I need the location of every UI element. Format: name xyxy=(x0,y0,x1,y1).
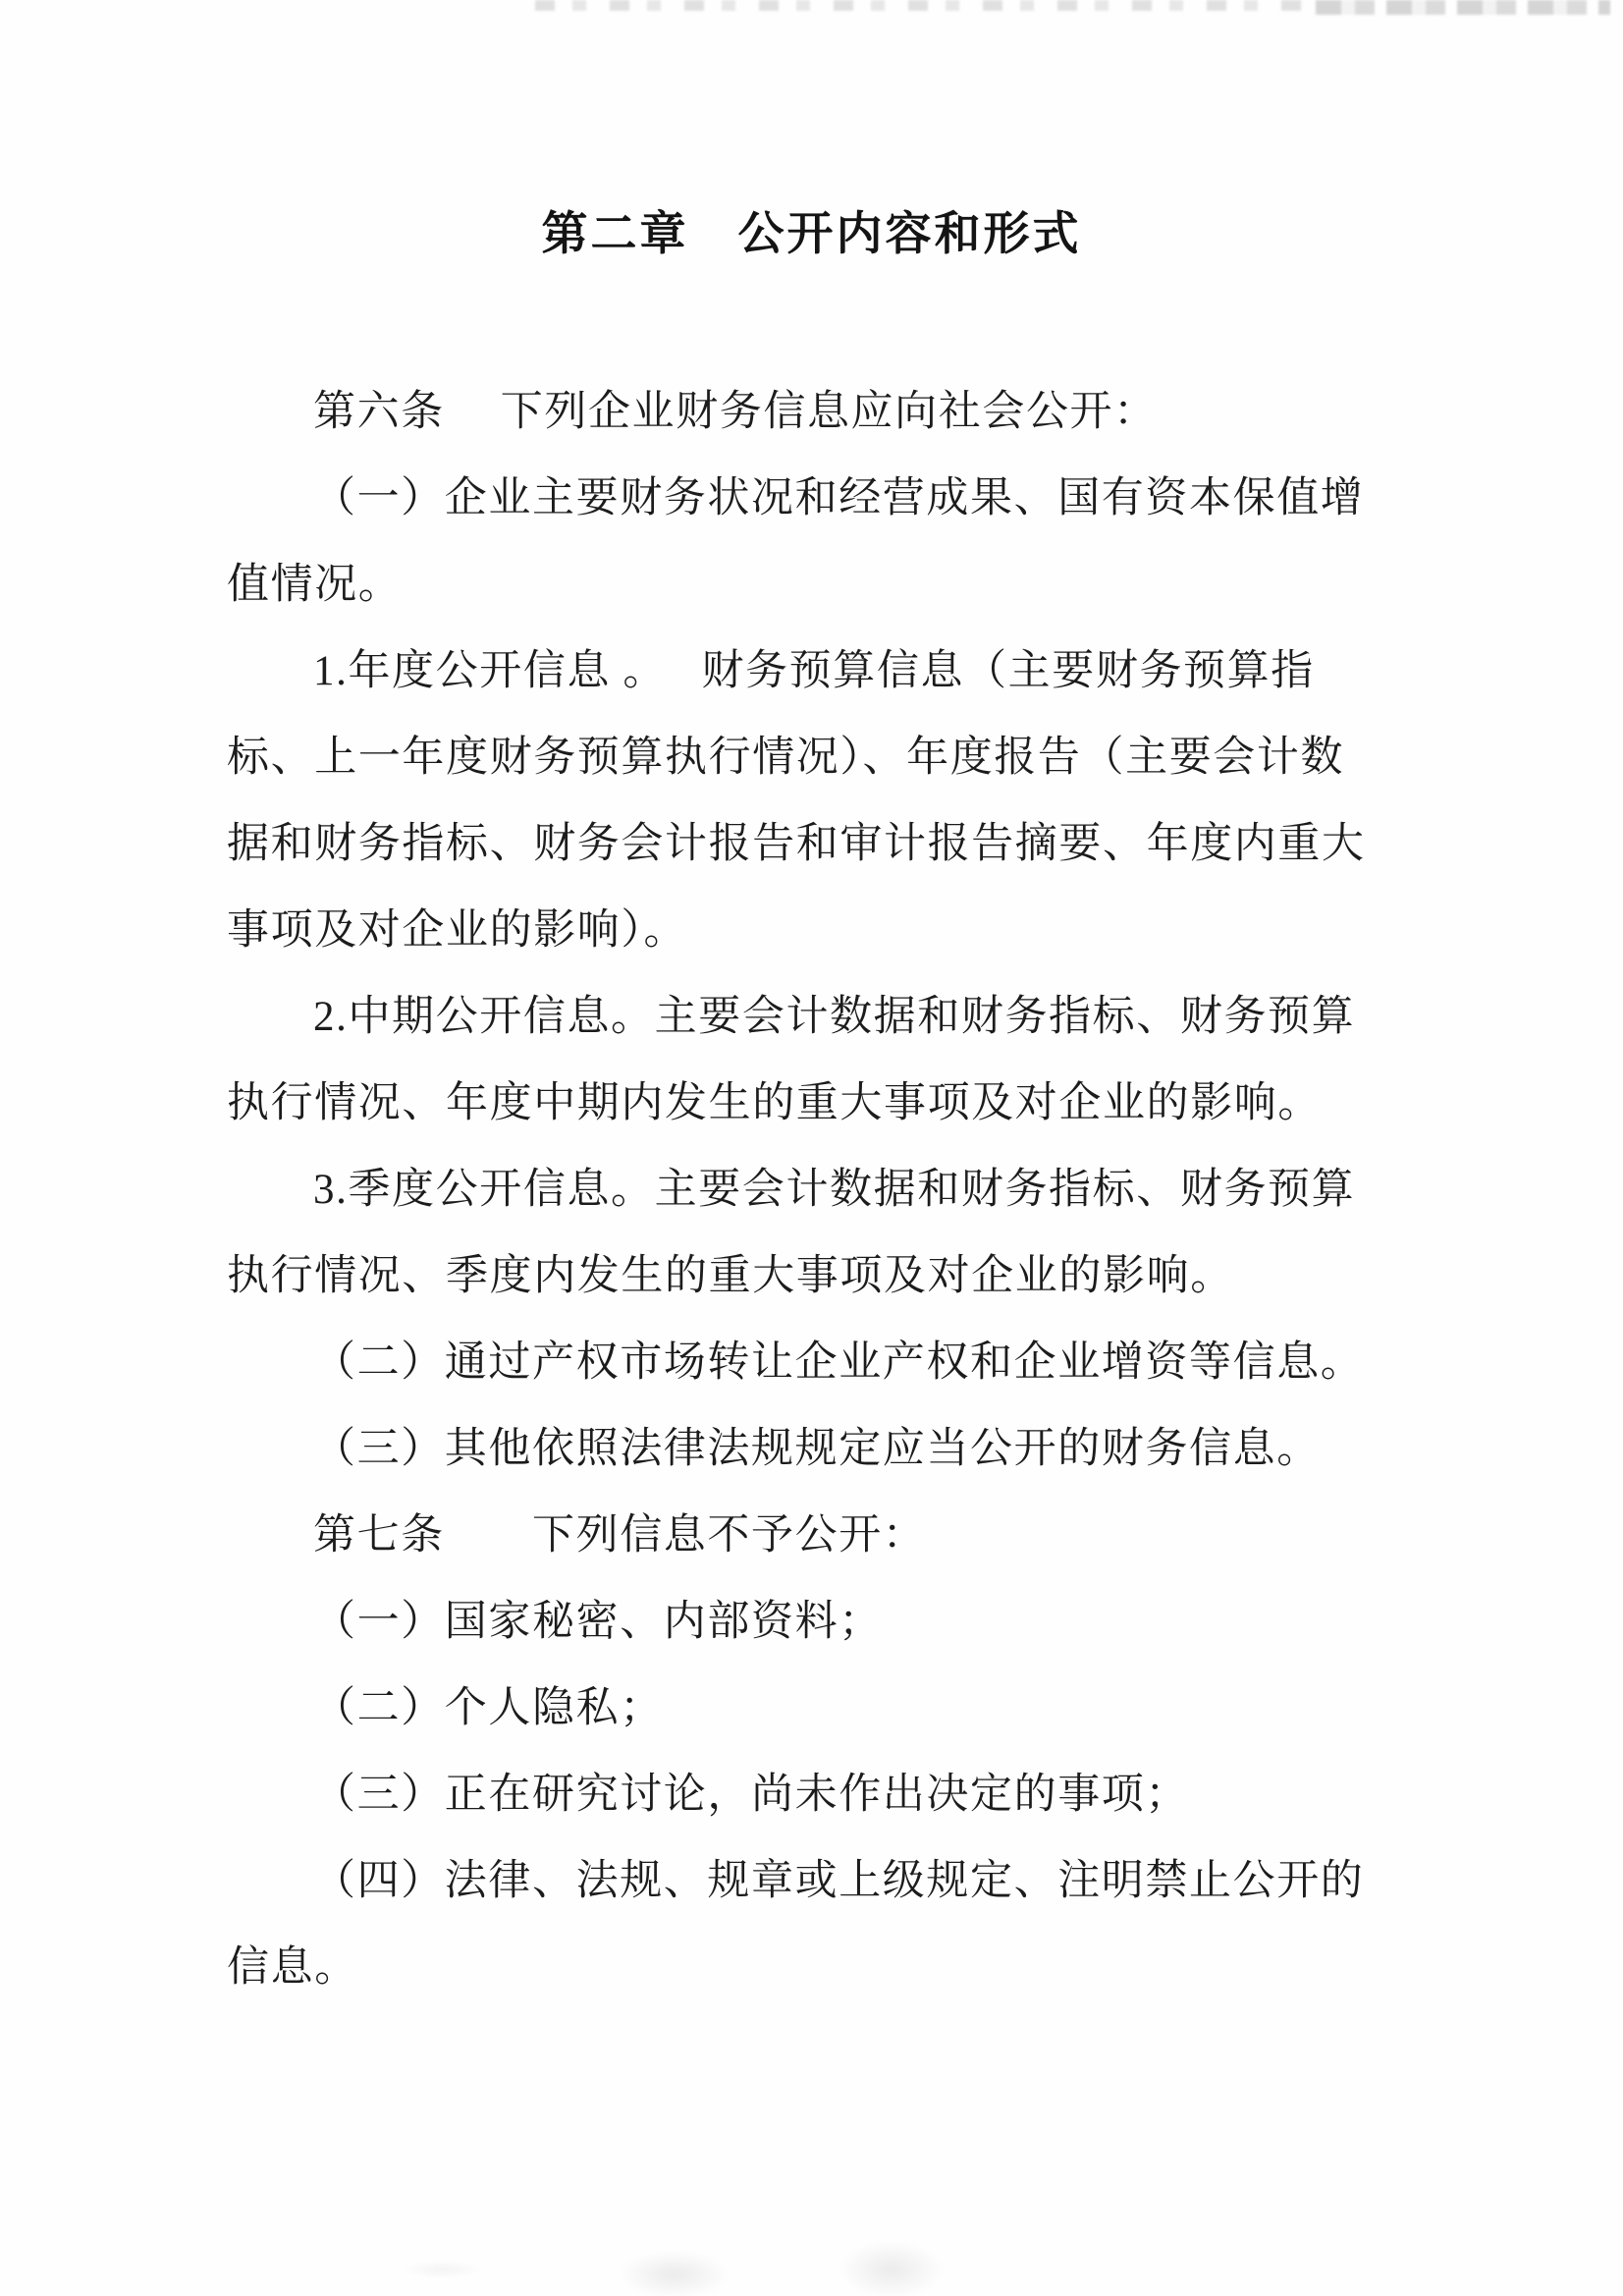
annual-info-line-2: 标、上一年度财务预算执行情况）、年度报告（主要会计数 xyxy=(227,715,1376,801)
article-7-item-2-line: （二）个人隐私； xyxy=(227,1666,1376,1752)
item-2-line: （二）通过产权市场转让企业产权和企业增资等信息。 xyxy=(227,1320,1376,1406)
scan-artifact-top-right xyxy=(1316,0,1610,15)
interim-info-line-2: 执行情况、年度中期内发生的重大事项及对企业的影响。 xyxy=(227,1061,1376,1147)
article-6-heading-line: 第六条 下列企业财务信息应向社会公开： xyxy=(227,369,1376,456)
document-body: 第六条 下列企业财务信息应向社会公开： （一）企业主要财务状况和经营成果、国有资… xyxy=(227,369,1376,2011)
annual-info-line-4: 事项及对企业的影响）。 xyxy=(227,888,1376,974)
annual-info-line-3: 据和财务指标、财务会计报告和审计报告摘要、年度内重大 xyxy=(227,801,1376,888)
item-3-line: （三）其他依照法律法规规定应当公开的财务信息。 xyxy=(227,1406,1376,1493)
item-1-line-1: （一）企业主要财务状况和经营成果、国有资本保值增 xyxy=(227,456,1376,542)
scan-smudge-right xyxy=(840,2241,943,2296)
chapter-title: 第二章 公开内容和形式 xyxy=(0,197,1623,263)
quarterly-info-line-1: 3.季度公开信息。主要会计数据和财务指标、财务预算 xyxy=(227,1147,1376,1233)
article-7-item-4-line-2: 信息。 xyxy=(227,1925,1376,2011)
article-7-item-3-line: （三）正在研究讨论，尚未作出决定的事项； xyxy=(227,1752,1376,1838)
scan-smudge-left xyxy=(401,2261,483,2278)
article-7-heading-line: 第七条 下列信息不予公开： xyxy=(227,1493,1376,1579)
scan-smudge-center xyxy=(621,2251,729,2296)
document-page: 第二章 公开内容和形式 第六条 下列企业财务信息应向社会公开： （一）企业主要财… xyxy=(0,0,1623,2296)
annual-info-line-1: 1.年度公开信息 。 财务预算信息（主要财务预算指 xyxy=(227,629,1376,715)
quarterly-info-line-2: 执行情况、季度内发生的重大事项及对企业的影响。 xyxy=(227,1233,1376,1320)
article-7-item-1-line: （一）国家秘密、内部资料； xyxy=(227,1579,1376,1666)
article-7-item-4-line-1: （四）法律、法规、规章或上级规定、注明禁止公开的 xyxy=(227,1838,1376,1925)
item-1-line-2: 值情况。 xyxy=(227,542,1376,629)
interim-info-line-1: 2.中期公开信息。主要会计数据和财务指标、财务预算 xyxy=(227,974,1376,1061)
scan-artifact-top-left xyxy=(535,0,1311,11)
